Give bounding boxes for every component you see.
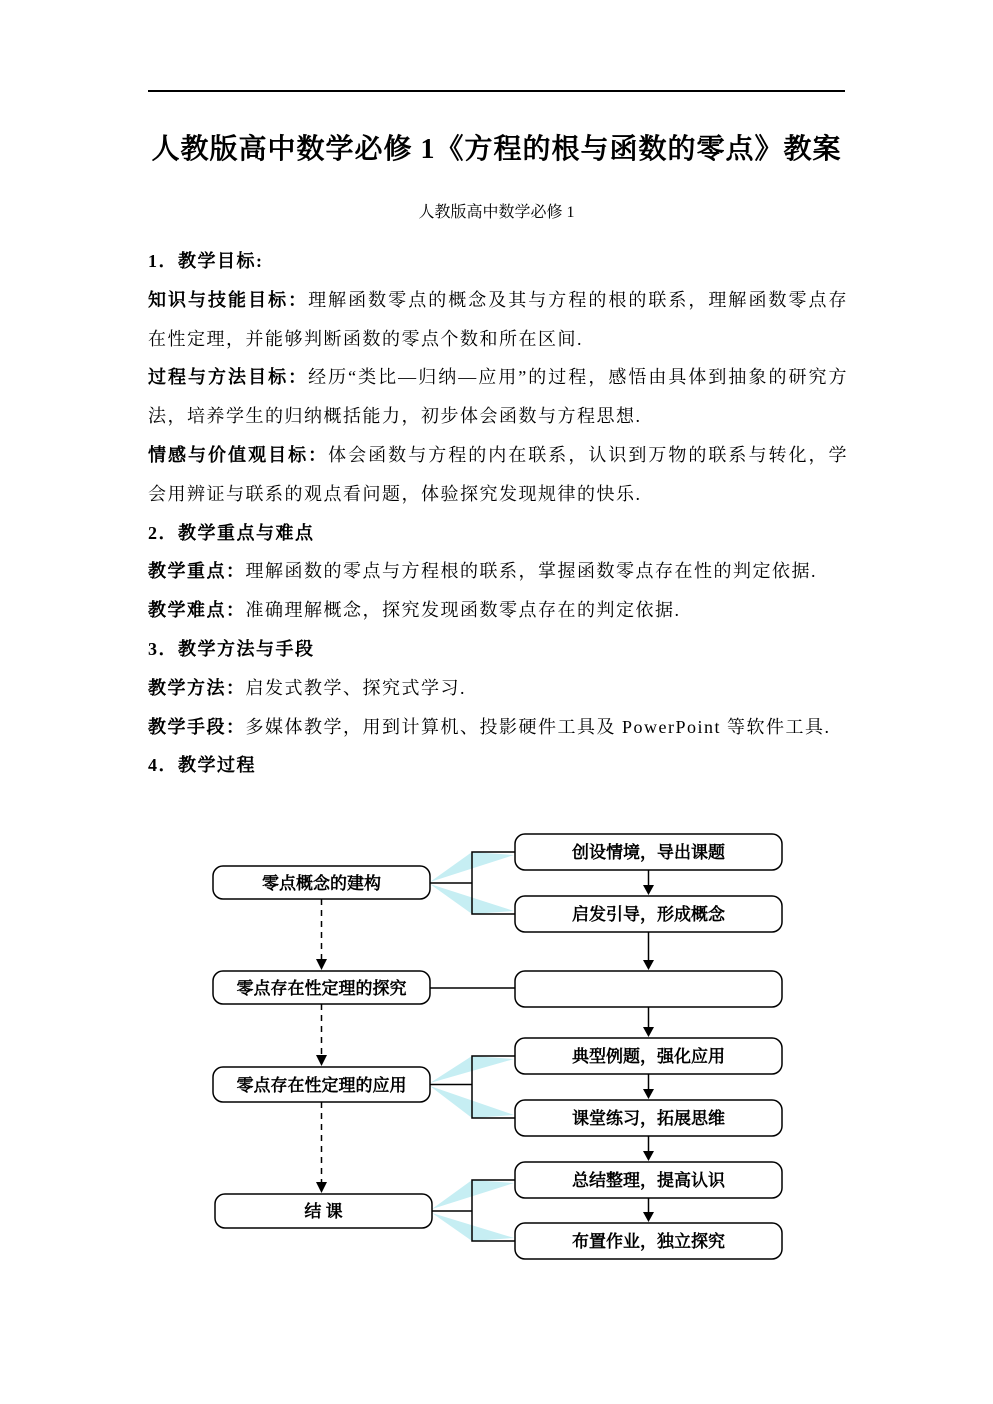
flow-box-class-practice: 课堂练习，拓展思维: [515, 1100, 782, 1136]
flow-box-theorem-application: 零点存在性定理的应用: [213, 1067, 430, 1102]
svg-text:启发引导，形成概念: 启发引导，形成概念: [572, 904, 726, 925]
dashed-arrow-3: [316, 1102, 327, 1193]
connector-1-fan: [430, 852, 515, 914]
svg-text:零点存在性定理的探究: 零点存在性定理的探究: [237, 978, 407, 998]
svg-text:创设情境，导出课题: 创设情境，导出课题: [571, 842, 725, 863]
flow-box-summary: 总结整理，提高认识: [515, 1162, 782, 1198]
svg-text:典型例题，强化应用: 典型例题，强化应用: [572, 1046, 725, 1067]
dashed-arrow-1: [316, 899, 327, 970]
connector-3-fan: [432, 1180, 515, 1241]
svg-text:零点存在性定理的应用: 零点存在性定理的应用: [237, 1075, 407, 1095]
solid-arrow-5: [643, 1136, 654, 1161]
solid-arrow-4: [643, 1074, 654, 1099]
solid-arrow-2: [643, 932, 654, 970]
svg-text:总结整理，提高认识: 总结整理，提高认识: [572, 1170, 726, 1191]
svg-text:课堂练习，拓展思维: 课堂练习，拓展思维: [572, 1108, 725, 1129]
flow-box-homework: 布置作业，独立探究: [515, 1223, 782, 1259]
flow-box-guide-concept: 启发引导，形成概念: [515, 896, 782, 932]
solid-arrow-1: [643, 870, 654, 895]
solid-arrow-6: [643, 1198, 654, 1222]
connector-2-fan: [430, 1056, 515, 1118]
svg-text:零点概念的建构: 零点概念的建构: [262, 873, 381, 893]
teaching-process-flowchart: 零点概念的建构 零点存在性定理的探究 零点存在性定理的应用 结 课 创设情境，导…: [0, 0, 993, 1404]
svg-text:结 课: 结 课: [304, 1201, 342, 1221]
flow-box-empty: [515, 971, 782, 1007]
dashed-arrow-2: [316, 1004, 327, 1066]
flow-box-typical-examples: 典型例题，强化应用: [515, 1038, 782, 1074]
svg-text:布置作业，独立探究: 布置作业，独立探究: [572, 1231, 725, 1252]
flow-box-theorem-exploration: 零点存在性定理的探究: [213, 971, 430, 1004]
flow-box-lesson-closing: 结 课: [215, 1194, 432, 1228]
flow-box-concept-construction: 零点概念的建构: [213, 866, 430, 899]
solid-arrow-3: [643, 1007, 654, 1037]
document-page: 人教版高中数学必修 1《方程的根与函数的零点》教案 人教版高中数学必修 1 1．…: [0, 0, 993, 1404]
flow-box-create-situation: 创设情境，导出课题: [515, 834, 782, 870]
